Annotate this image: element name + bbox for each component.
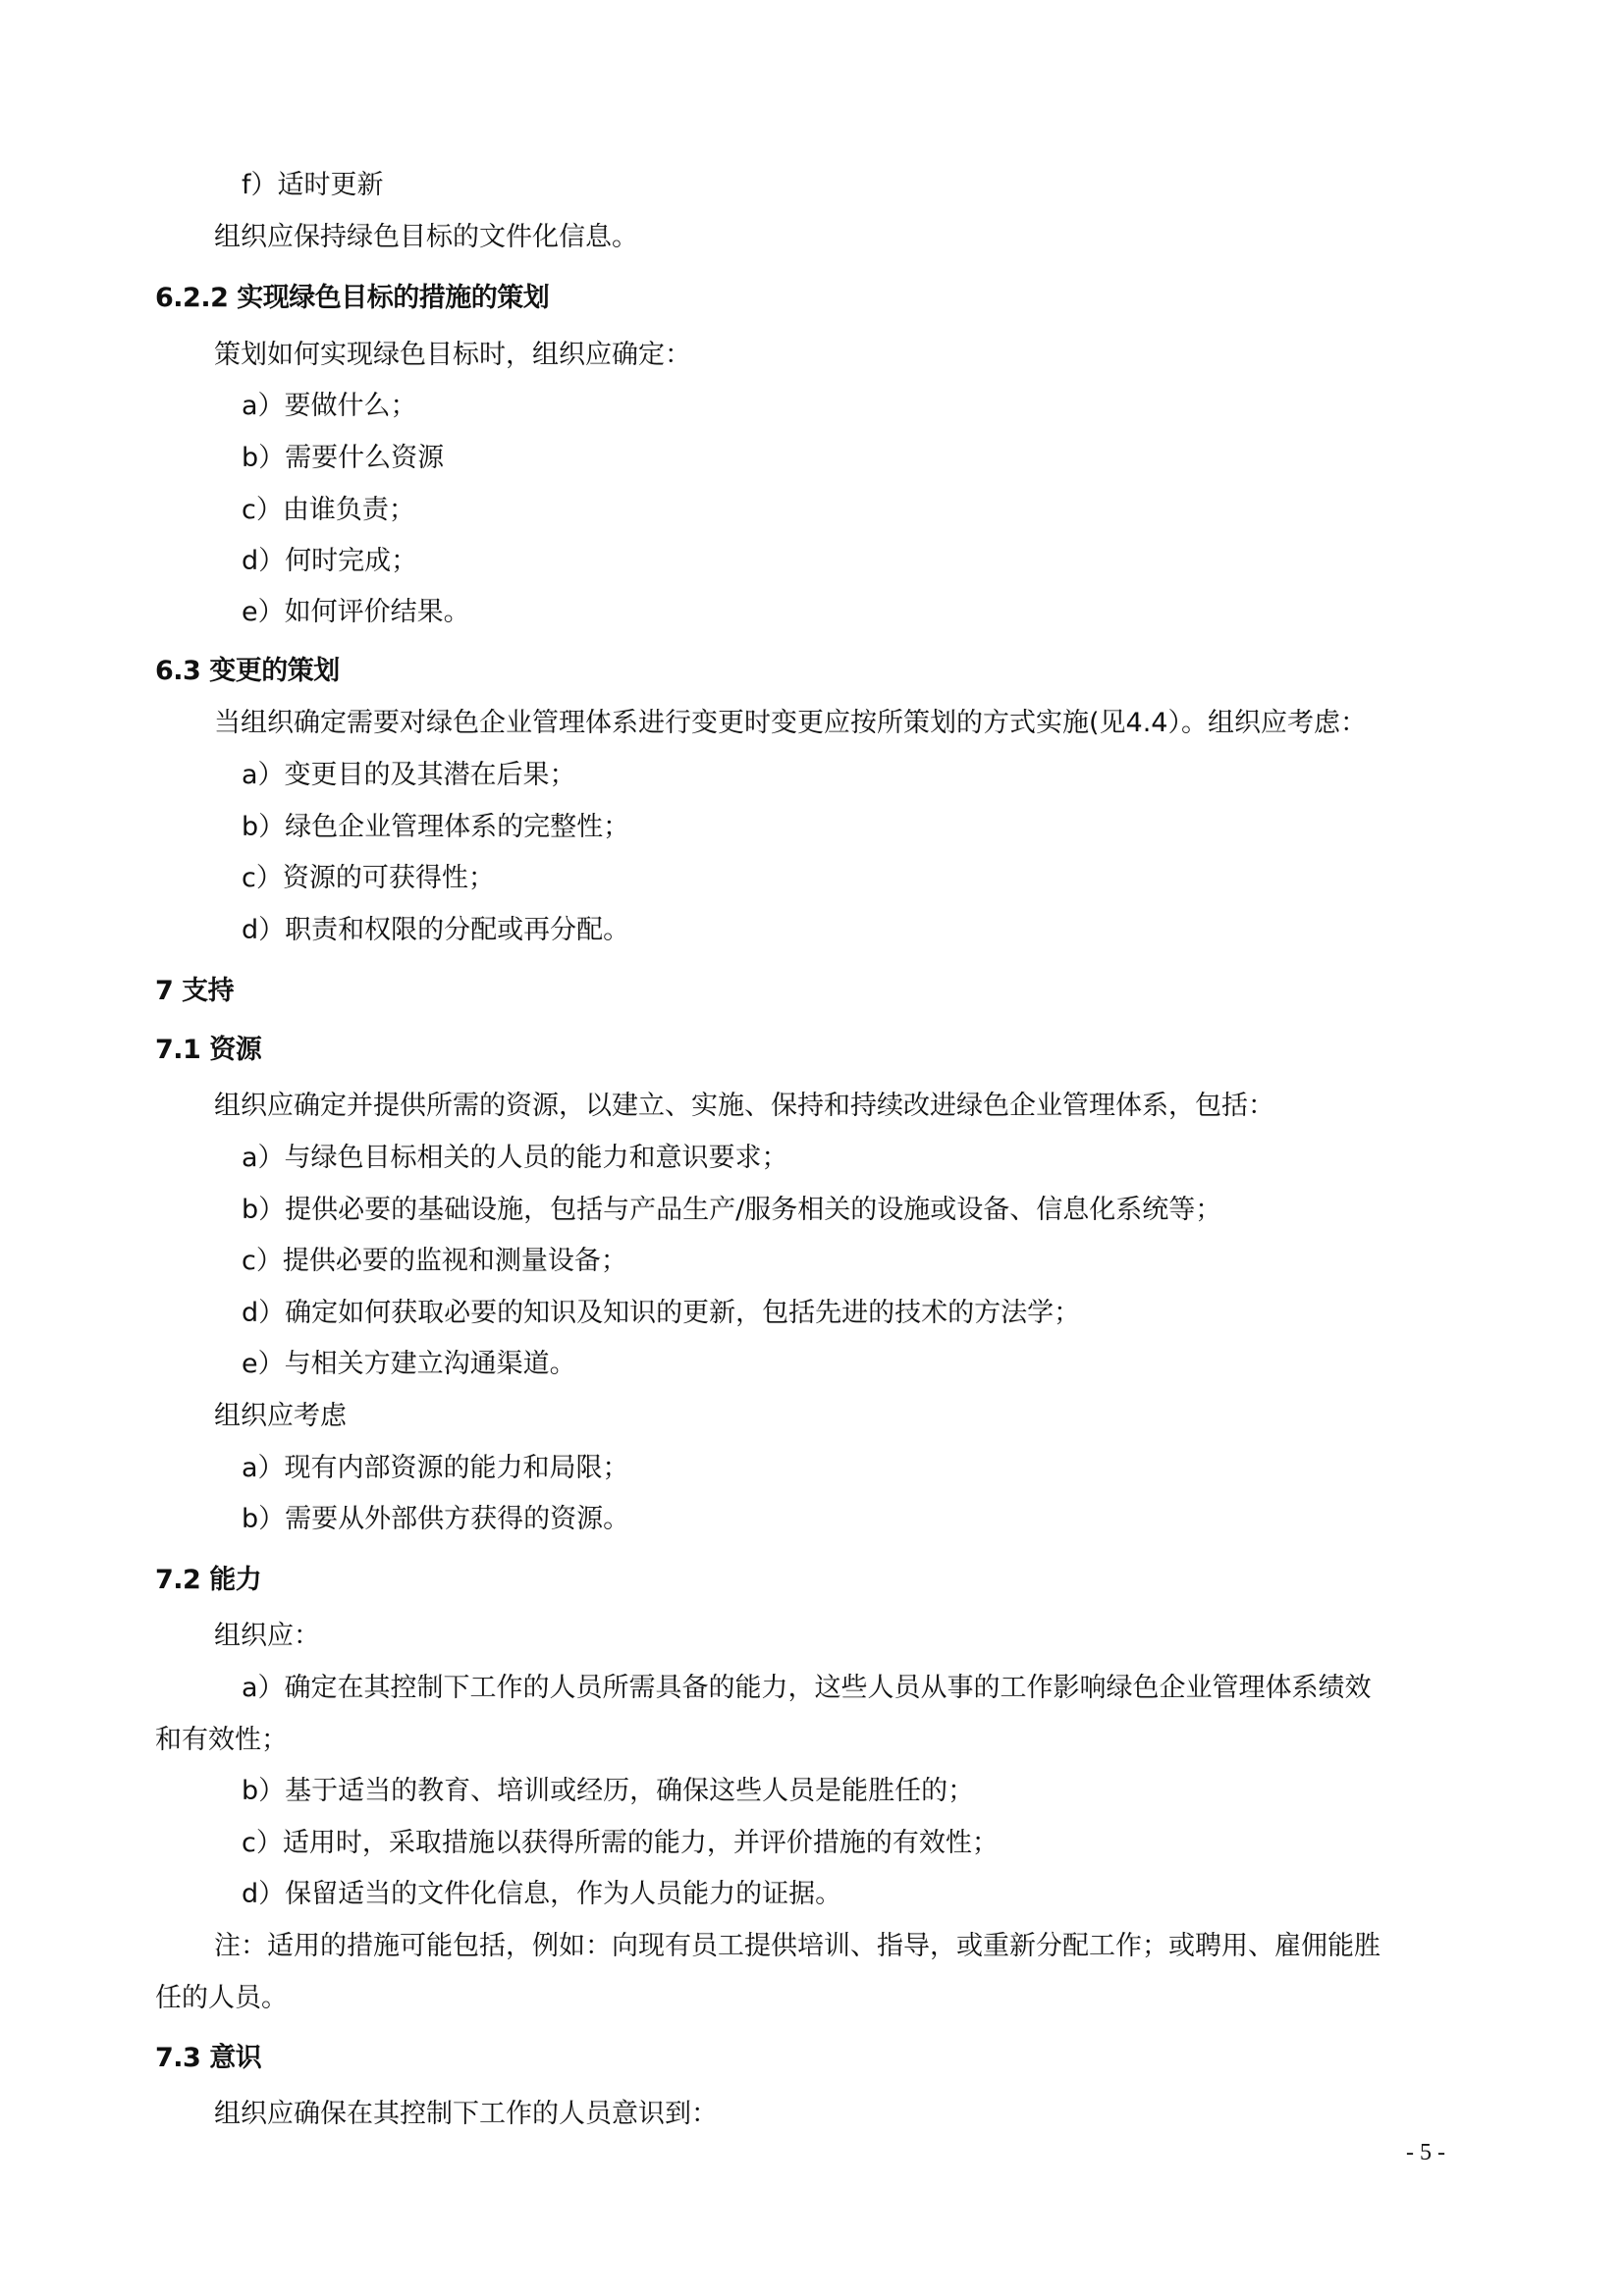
section-heading: 6.2.2 实现绿色目标的措施的策划 [155,282,549,315]
paragraph-line: f）适时更新 [242,169,384,202]
paragraph-line: 任的人员。 [155,1982,288,2015]
section-heading: 7 支持 [155,975,234,1008]
paragraph-line: e）如何评价结果。 [242,596,470,629]
section-heading: 6.3 变更的策划 [155,655,340,688]
paragraph-line: d）保留适当的文件化信息，作为人员能力的证据。 [242,1878,841,1911]
paragraph-line: c）资源的可获得性； [242,862,495,895]
paragraph-line: b）绿色企业管理体系的完整性； [242,811,629,844]
paragraph-line: d）何时完成； [242,545,417,578]
paragraph-line: c）提供必要的监视和测量设备； [242,1245,627,1278]
paragraph-line: 组织应确保在其控制下工作的人员意识到： [214,2098,718,2131]
paragraph-line: 策划如何实现绿色目标时，组织应确定： [214,339,691,372]
paragraph-line: d）职责和权限的分配或再分配。 [242,914,629,947]
paragraph-line: a）要做什么； [242,390,417,423]
paragraph-line: b）提供必要的基础设施，包括与产品生产/服务相关的设施或设备、信息化系统等； [242,1194,1221,1227]
paragraph-line: b）基于适当的教育、培训或经历，确保这些人员是能胜任的； [242,1775,974,1808]
paragraph-line: 组织应： [214,1620,320,1653]
paragraph-line: c）适用时，采取措施以获得所需的能力，并评价措施的有效性； [242,1827,999,1860]
paragraph-line: b）需要什么资源 [242,442,444,475]
section-heading: 7.1 资源 [155,1034,261,1067]
section-heading: 7.3 意识 [155,2042,261,2075]
paragraph-line: a）现有内部资源的能力和局限； [242,1452,629,1485]
paragraph-line: a）与绿色目标相关的人员的能力和意识要求； [242,1142,788,1175]
section-heading: 7.2 能力 [155,1564,261,1597]
paragraph-line: 注：适用的措施可能包括，例如：向现有员工提供培训、指导，或重新分配工作；或聘用、… [214,1930,1380,1963]
paragraph-line: a）确定在其控制下工作的人员所需具备的能力，这些人员从事的工作影响绿色企业管理体… [242,1672,1372,1705]
paragraph-line: a）变更目的及其潜在后果； [242,759,576,792]
paragraph-line: 当组织确定需要对绿色企业管理体系进行变更时变更应按所策划的方式实施(见4.4）。… [214,707,1367,740]
paragraph-line: 组织应考虑 [214,1400,347,1433]
paragraph-line: e）与相关方建立沟通渠道。 [242,1348,576,1381]
page-number: - 5 - [1406,2140,1445,2166]
paragraph-line: c）由谁负责； [242,494,415,527]
paragraph-line: b）需要从外部供方获得的资源。 [242,1503,629,1536]
paragraph-line: 组织应确定并提供所需的资源，以建立、实施、保持和持续改进绿色企业管理体系，包括： [214,1090,1274,1123]
paragraph-line: d）确定如何获取必要的知识及知识的更新，包括先进的技术的方法学； [242,1297,1080,1330]
paragraph-line: 和有效性； [155,1724,288,1757]
paragraph-line: 组织应保持绿色目标的文件化信息。 [214,221,638,254]
